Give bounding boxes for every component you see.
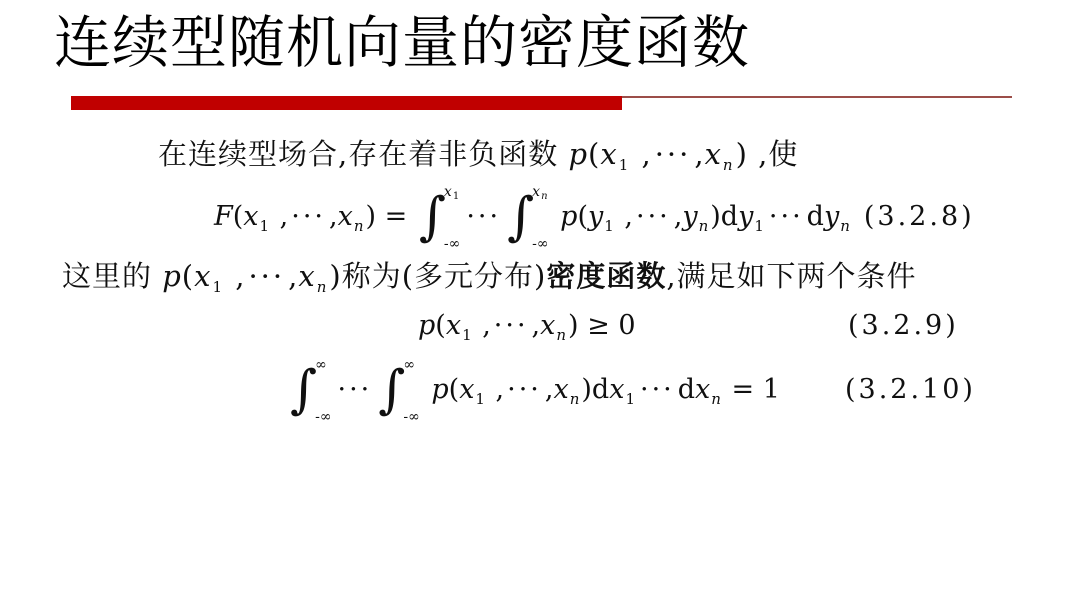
integral-lower-limit: -∞ (315, 410, 331, 424)
math-token: , (474, 310, 491, 341)
math-token: ··· (640, 374, 675, 405)
intro-text-line: 在连续型场合,存在着非负函数 p(x1 ,···,xn) ,使 (158, 134, 798, 185)
math-token: , (271, 201, 288, 232)
math-token: -∞ (444, 236, 460, 252)
math-token: )称为(多元分布) (329, 259, 546, 293)
formula-329-number: (3.2.9) (848, 304, 959, 348)
math-token: x (446, 310, 461, 341)
math-token: ··· (248, 259, 285, 293)
integral-upper-limit: x1 (444, 185, 460, 202)
math-token: n (711, 390, 721, 408)
math-token: 1 (754, 217, 764, 235)
math-token: F (214, 201, 233, 232)
formula-3210-number: (3.2.10) (845, 368, 976, 412)
integral-sign-icon: ∫ (290, 366, 317, 415)
math-token: 在连续型场合,存在着非负函数 (158, 137, 568, 171)
math-token: d (678, 374, 695, 405)
title-accent-bar (71, 96, 622, 110)
math-token: x (338, 201, 353, 232)
math-token: 1 (619, 156, 630, 174)
integral-lower-limit: -∞ (444, 237, 460, 251)
integral-upper-limit: xn (532, 185, 548, 202)
math-token: ) = (365, 201, 415, 232)
math-token: x (444, 184, 452, 200)
math-token: , (631, 137, 651, 171)
math-token: n (556, 326, 566, 344)
integral-sign-icon: ∫ (419, 193, 446, 242)
math-token: ··· (291, 201, 326, 232)
integral-symbol: ∫∞-∞ (378, 361, 420, 421)
math-token: x (540, 310, 555, 341)
slide-title: 连续型随机向量的密度函数 (54, 8, 750, 79)
math-token: x (695, 374, 710, 405)
math-token: ··· (338, 374, 373, 405)
math-token: 1 (475, 390, 485, 408)
math-token: 1 (260, 217, 270, 235)
math-token: = 1 (723, 374, 780, 405)
math-token: y (738, 201, 753, 232)
math-token: ( (588, 137, 600, 171)
math-token: n (354, 217, 364, 235)
math-token: -∞ (315, 409, 331, 425)
math-token: , (288, 259, 298, 293)
math-token: ··· (507, 374, 542, 405)
math-token: ··· (466, 201, 501, 232)
math-token: -∞ (532, 236, 548, 252)
definition-text-line: 这里的 p(x1 ,···,xn)称为(多元分布)密度函数,满足如下两个条件 (62, 256, 917, 307)
title-accent-line (622, 96, 1012, 98)
math-token: d (807, 201, 824, 232)
math-token: ∞ (403, 357, 415, 373)
math-token: n (840, 217, 850, 235)
math-token: y (588, 201, 603, 232)
integral-lower-limit: -∞ (403, 410, 419, 424)
math-token: ,满足如下两个条件 (666, 259, 916, 293)
math-token: x (609, 374, 624, 405)
integral-upper-limit: ∞ (403, 358, 419, 372)
math-token: x (298, 259, 315, 293)
integral-upper-limit: ∞ (315, 358, 331, 372)
math-token: n (317, 278, 328, 296)
math-token: ) ,使 (736, 137, 799, 171)
math-token: n (699, 217, 709, 235)
math-token: x (459, 374, 474, 405)
math-token: 1 (453, 191, 459, 202)
math-token (552, 201, 561, 232)
math-token: x (532, 184, 540, 200)
integral-limits: x1-∞ (444, 188, 460, 248)
formula-328-number: (3.2.8) (864, 201, 975, 232)
integral-sign-icon: ∫ (378, 366, 405, 415)
integral-sign-icon: ∫ (507, 193, 534, 242)
math-token: ( (449, 374, 460, 405)
math-token: ··· (636, 201, 671, 232)
math-token: x (600, 137, 617, 171)
math-token: p (568, 137, 588, 171)
math-token: p (560, 201, 577, 232)
math-token: x (705, 137, 722, 171)
math-token: 1 (604, 217, 614, 235)
math-token: ( (577, 201, 588, 232)
math-token: p (431, 374, 448, 405)
math-token: x (553, 374, 568, 405)
math-token: n (541, 191, 547, 202)
integral-limits: ∞-∞ (403, 361, 419, 421)
math-token: , (329, 201, 338, 232)
math-token: , (487, 374, 504, 405)
integral-symbol: ∫xn-∞ (507, 188, 549, 248)
math-token: ∞ (315, 357, 327, 373)
math-token: p (418, 310, 435, 341)
math-token: ··· (494, 310, 529, 341)
math-token: )d (710, 201, 738, 232)
math-token: , (225, 259, 245, 293)
formula-329: p(x1 ,···,xn) ≥ 0 (418, 304, 636, 357)
math-token: n (723, 156, 734, 174)
integral-limits: ∞-∞ (315, 361, 331, 421)
math-token: ( (435, 310, 446, 341)
math-token: -∞ (403, 409, 419, 425)
math-token: x (194, 259, 211, 293)
math-token: , (694, 137, 704, 171)
slide-canvas: 连续型随机向量的密度函数 在连续型场合,存在着非负函数 p(x1 ,···,xn… (0, 0, 1080, 602)
formula-328: F(x1 ,···,xn) = ∫x1-∞···∫xn-∞ p(y1 ,···,… (214, 181, 975, 262)
math-token: n (570, 390, 580, 408)
math-token: 1 (625, 390, 635, 408)
math-token: , (616, 201, 633, 232)
math-token: 1 (462, 326, 472, 344)
integral-lower-limit: -∞ (532, 237, 548, 251)
math-token: ··· (769, 201, 804, 232)
math-token: y (824, 201, 839, 232)
math-token: , (532, 310, 541, 341)
math-token: 1 (212, 278, 223, 296)
math-token: ··· (655, 137, 692, 171)
integral-symbol: ∫∞-∞ (290, 361, 332, 421)
math-token: p (162, 259, 182, 293)
math-token: y (682, 201, 697, 232)
integral-limits: xn-∞ (532, 188, 548, 248)
math-token: ( (182, 259, 194, 293)
math-token: x (243, 201, 258, 232)
integral-symbol: ∫x1-∞ (419, 188, 461, 248)
formula-3210: ∫∞-∞···∫∞-∞ p(x1 ,···,xn)dx1···dxn = 1 (287, 352, 780, 437)
math-token: ) ≥ 0 (568, 310, 636, 341)
math-token: 这里的 (62, 259, 162, 293)
math-token: ( (233, 201, 244, 232)
math-token: 密度函数 (546, 259, 666, 293)
math-token: )d (581, 374, 609, 405)
formula-328-body: F(x1 ,···,xn) = ∫x1-∞···∫xn-∞ p(y1 ,···,… (214, 201, 852, 232)
